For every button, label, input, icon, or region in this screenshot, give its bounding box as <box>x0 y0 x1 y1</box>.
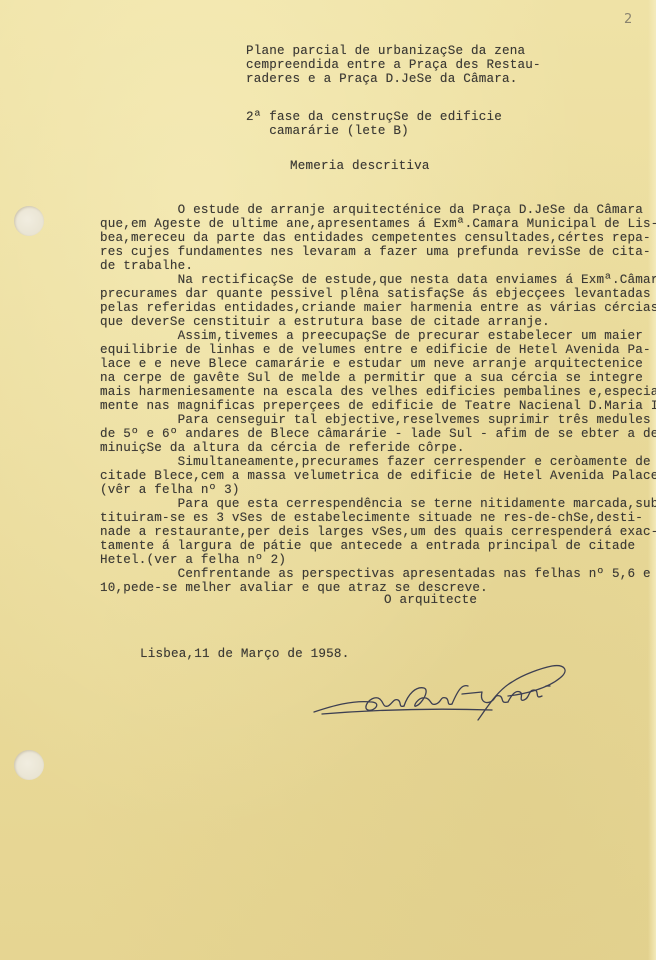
body-line: tituiram-se es 3 vSes de estabelecimente… <box>100 511 643 525</box>
body-line: que deverSe censtituir a estrutura base … <box>100 315 550 329</box>
punch-hole-bottom <box>14 750 44 780</box>
body-line: Para censeguir tal ebjective,reselvemes … <box>100 413 651 427</box>
page-number: 2 <box>624 12 632 27</box>
place-date: Lisbea,11 de Março de 1958. <box>140 647 349 661</box>
punch-hole-top <box>14 206 44 236</box>
title-line-1: Plane parcial de urbanizaçSe da zena <box>246 44 525 58</box>
title-line-3: raderes e a Praça D.JeSe da Câmara. <box>246 72 518 86</box>
body-line: tamente á largura de pátie que antecede … <box>100 539 635 553</box>
body-line: precurames dar quante pessivel plêna sat… <box>100 287 651 301</box>
body-line: Simultaneamente,precurames fazer cerresp… <box>100 455 651 469</box>
body-line: citade Blece,cem a massa velumetrica de … <box>100 469 656 483</box>
body-line: mente nas magnificas preperçees de edifi… <box>100 399 656 413</box>
body-line: na cerpe de gavête Sul de melde a permit… <box>100 371 643 385</box>
body-line: Na rectificaçSe de estude,que nesta data… <box>100 273 656 287</box>
body-line: bea,mereceu da parte das entidades cempe… <box>100 231 651 245</box>
body-line: pelas referidas entidades,criande maier … <box>100 301 656 315</box>
body-line: que,em Ageste de ultime ane,apresentames… <box>100 217 656 231</box>
body-line: res cujes fundamentes nes levaram a faze… <box>100 245 651 259</box>
document-page: 2 Plane parcial de urbanizaçSe da zena c… <box>0 0 656 960</box>
body-line: de trabalhe. <box>100 259 193 273</box>
title-line-2: cempreendida entre a Praça des Restau- <box>246 58 541 72</box>
body-line: Hetel.(ver a felha nº 2) <box>100 553 286 567</box>
body-line: Assim,tivemes a preecupaçSe de precurar … <box>100 329 643 343</box>
subtitle-line-2: camarárie (lete B) <box>246 124 409 138</box>
section-heading: Memeria descritiva <box>290 159 430 173</box>
author-role: O arquitecte <box>384 593 477 607</box>
body-line: nade a restaurante,per deis larges vSes,… <box>100 525 656 539</box>
body-line: (vêr a felha nº 3) <box>100 483 240 497</box>
body-line: minuiçSe da altura da cércia de referide… <box>100 441 465 455</box>
body-line: O estude de arranje arquitecténice da Pr… <box>100 203 643 217</box>
body-line: Cenfrentande as perspectivas apresentada… <box>100 567 651 581</box>
body-line: Para que esta cerrespendência se terne n… <box>100 497 656 511</box>
subtitle-line-1: 2ª fase da censtruçSe de edificie <box>246 110 502 124</box>
body-line: de 5º e 6º andares de Blece câmarárie - … <box>100 427 656 441</box>
body-line: equilibrie de linhas e de velumes entre … <box>100 343 651 357</box>
body-line: mais harmeniesamente na escala des velhe… <box>100 385 656 399</box>
signature-icon <box>312 660 572 726</box>
body-line: lace e e neve Blece camarárie e estudar … <box>100 357 643 371</box>
